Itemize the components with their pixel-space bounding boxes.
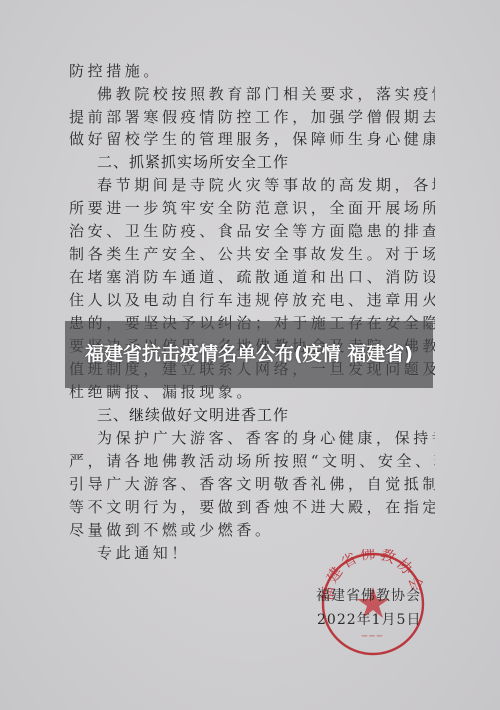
text-line: 防控措施。 <box>69 61 435 81</box>
text-line: 严，请各地佛教活动场所按照“文明、安全、环保”的要求 <box>69 451 435 471</box>
text-line: 所要进一步筑牢安全防范意识，全面开展场所建筑、消防、 <box>69 198 435 218</box>
text-line: 尽量做到不燃或少燃香。 <box>69 520 435 540</box>
signature-date: 2022年1月5日 <box>317 611 421 629</box>
document-page: 防控措施。 佛教院校按照教育部门相关要求，落实疫情防控措施， 提前部署寒假疫情防… <box>0 0 500 710</box>
text-line: 制各类生产安全、公共安全事故发生。对于场所消防方面存 <box>69 244 435 264</box>
text-line: 治安、卫生防疫、食品安全等方面隐患的排查整治，坚决遏 <box>69 221 435 241</box>
text-line: 引导广大游客、香客文明敬香礼佛，自觉抵制烧高香、大香 <box>69 474 435 494</box>
section-heading-2: 二、抓紧抓实场所安全工作 <box>97 152 289 172</box>
text-line: 在堵塞消防车通道、疏散通道和出口、消防设施损坏、违规 <box>69 267 435 287</box>
text-line: 做好留校学生的管理服务，保障师生身心健康和生命安全。 <box>69 129 435 149</box>
text-line: 春节期间是寺院火灾等事故的高发期，各地佛教活动场 <box>97 175 435 195</box>
svg-text:───: ─── <box>361 632 384 642</box>
text-line: 住人以及电动自行车违规停放充电、违章用火用电等安全隐 <box>69 290 435 310</box>
text-line: 提前部署寒假疫情防控工作，加强学僧假期去向的跟踪管理， <box>69 107 435 127</box>
overlay-title: 福建省抗击疫情名单公布(疫情 福建省) <box>79 342 419 367</box>
section-heading-3: 三、继续做好文明进香工作 <box>97 405 289 425</box>
signature-organization: 福建省佛教协会 <box>316 587 421 605</box>
title-overlay-banner: 福建省抗击疫情名单公布(疫情 福建省) <box>65 321 433 388</box>
text-line: 等不文明行为，要做到香烛不进大殿，在指定的区域烧燃， <box>69 497 435 517</box>
text-line: 佛教院校按照教育部门相关要求，落实疫情防控措施， <box>97 84 435 104</box>
text-line: 为保护广大游客、香客的身心健康，保持寺院的清净庄 <box>97 428 435 448</box>
